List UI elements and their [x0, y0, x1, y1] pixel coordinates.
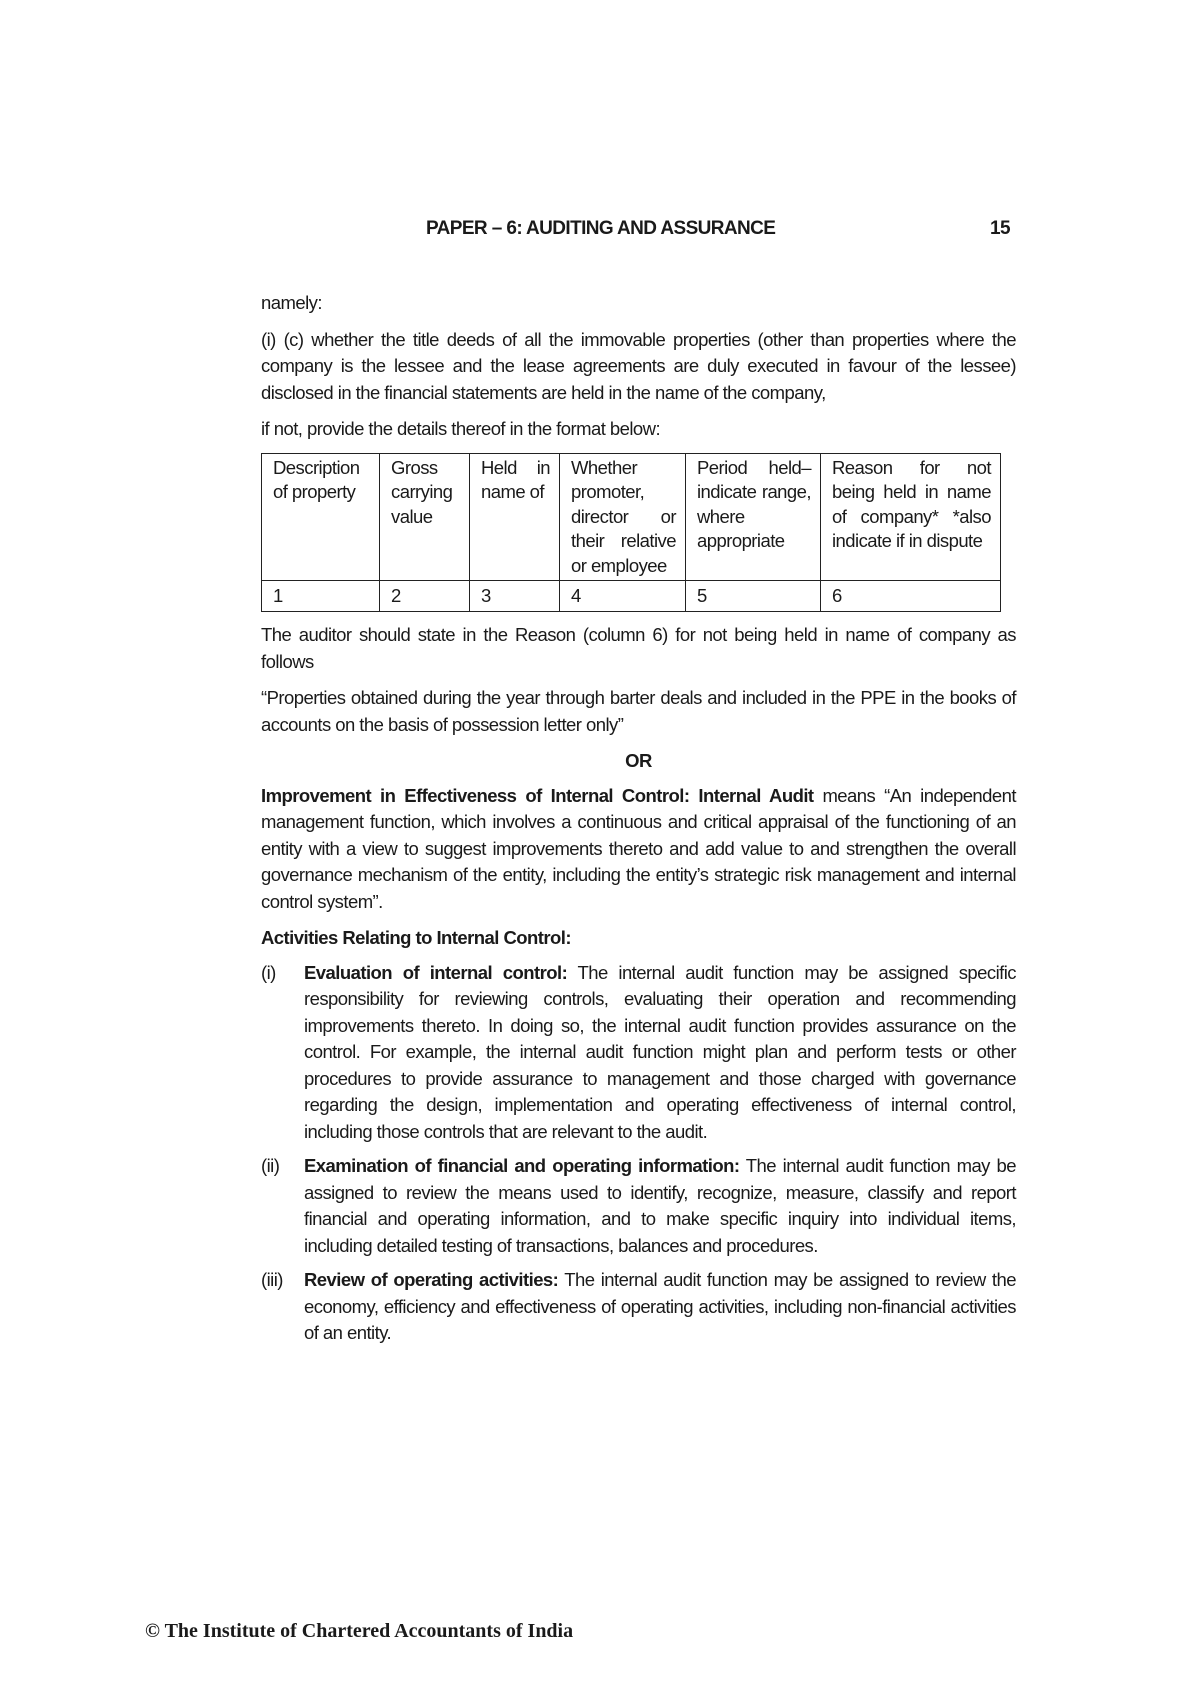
page-body: namely: (i) (c) whether the title deeds …	[261, 290, 1016, 1347]
table-header-cell: Gross carrying value	[380, 453, 470, 581]
intro-clause: (i) (c) whether the title deeds of all t…	[261, 327, 1016, 407]
property-format-table: Description of property Gross carrying v…	[261, 453, 1001, 613]
list-item-label: (iii)	[261, 1267, 304, 1347]
table-cell: 1	[262, 581, 380, 612]
table-cell: 6	[821, 581, 1001, 612]
list-item-text: Examination of financial and operating i…	[304, 1153, 1016, 1259]
internal-audit-definition: Improvement in Effectiveness of Internal…	[261, 783, 1016, 916]
table-cell: 5	[686, 581, 821, 612]
table-header-cell: Held in name of	[470, 453, 560, 581]
table-header-cell: Whether promoter, director or their rela…	[560, 453, 686, 581]
activities-list: (i) Evaluation of internal control: The …	[261, 960, 1016, 1347]
list-item-label: (i)	[261, 960, 304, 1146]
list-item-text: Evaluation of internal control: The inte…	[304, 960, 1016, 1146]
list-item: (ii) Examination of financial and operat…	[261, 1153, 1016, 1259]
list-item-label: (ii)	[261, 1153, 304, 1259]
list-item: (iii) Review of operating activities: Th…	[261, 1267, 1016, 1347]
list-item-title: Examination of financial and operating i…	[304, 1155, 739, 1176]
table-header-row: Description of property Gross carrying v…	[262, 453, 1001, 581]
intro-namely: namely:	[261, 290, 1016, 317]
possession-quote: “Properties obtained during the year thr…	[261, 685, 1016, 738]
table-cell: 2	[380, 581, 470, 612]
list-item-title: Review of operating activities:	[304, 1269, 558, 1290]
list-item: (i) Evaluation of internal control: The …	[261, 960, 1016, 1146]
list-item-text: Review of operating activities: The inte…	[304, 1267, 1016, 1347]
table-header-cell: Description of property	[262, 453, 380, 581]
or-separator: OR	[261, 748, 1016, 775]
list-item-body: The internal audit function may be assig…	[304, 962, 1016, 1142]
copyright-footer: © The Institute of Chartered Accountants…	[145, 1620, 573, 1643]
intro-if-not: if not, provide the details thereof in t…	[261, 416, 1016, 443]
document-page: PAPER – 6: AUDITING AND ASSURANCE 15 nam…	[0, 0, 1191, 1685]
page-number: 15	[990, 218, 1010, 240]
table-cell: 3	[470, 581, 560, 612]
running-header-title: PAPER – 6: AUDITING AND ASSURANCE	[426, 218, 775, 240]
list-item-title: Evaluation of internal control:	[304, 962, 567, 983]
table-cell: 4	[560, 581, 686, 612]
activities-heading: Activities Relating to Internal Control:	[261, 925, 1016, 952]
definition-lead: Improvement in Effectiveness of Internal…	[261, 785, 814, 806]
auditor-note: The auditor should state in the Reason (…	[261, 622, 1016, 675]
table-header-cell: Reason for not being held in name of com…	[821, 453, 1001, 581]
table-row: 1 2 3 4 5 6	[262, 581, 1001, 612]
table-header-cell: Period held– indicate range, where appro…	[686, 453, 821, 581]
